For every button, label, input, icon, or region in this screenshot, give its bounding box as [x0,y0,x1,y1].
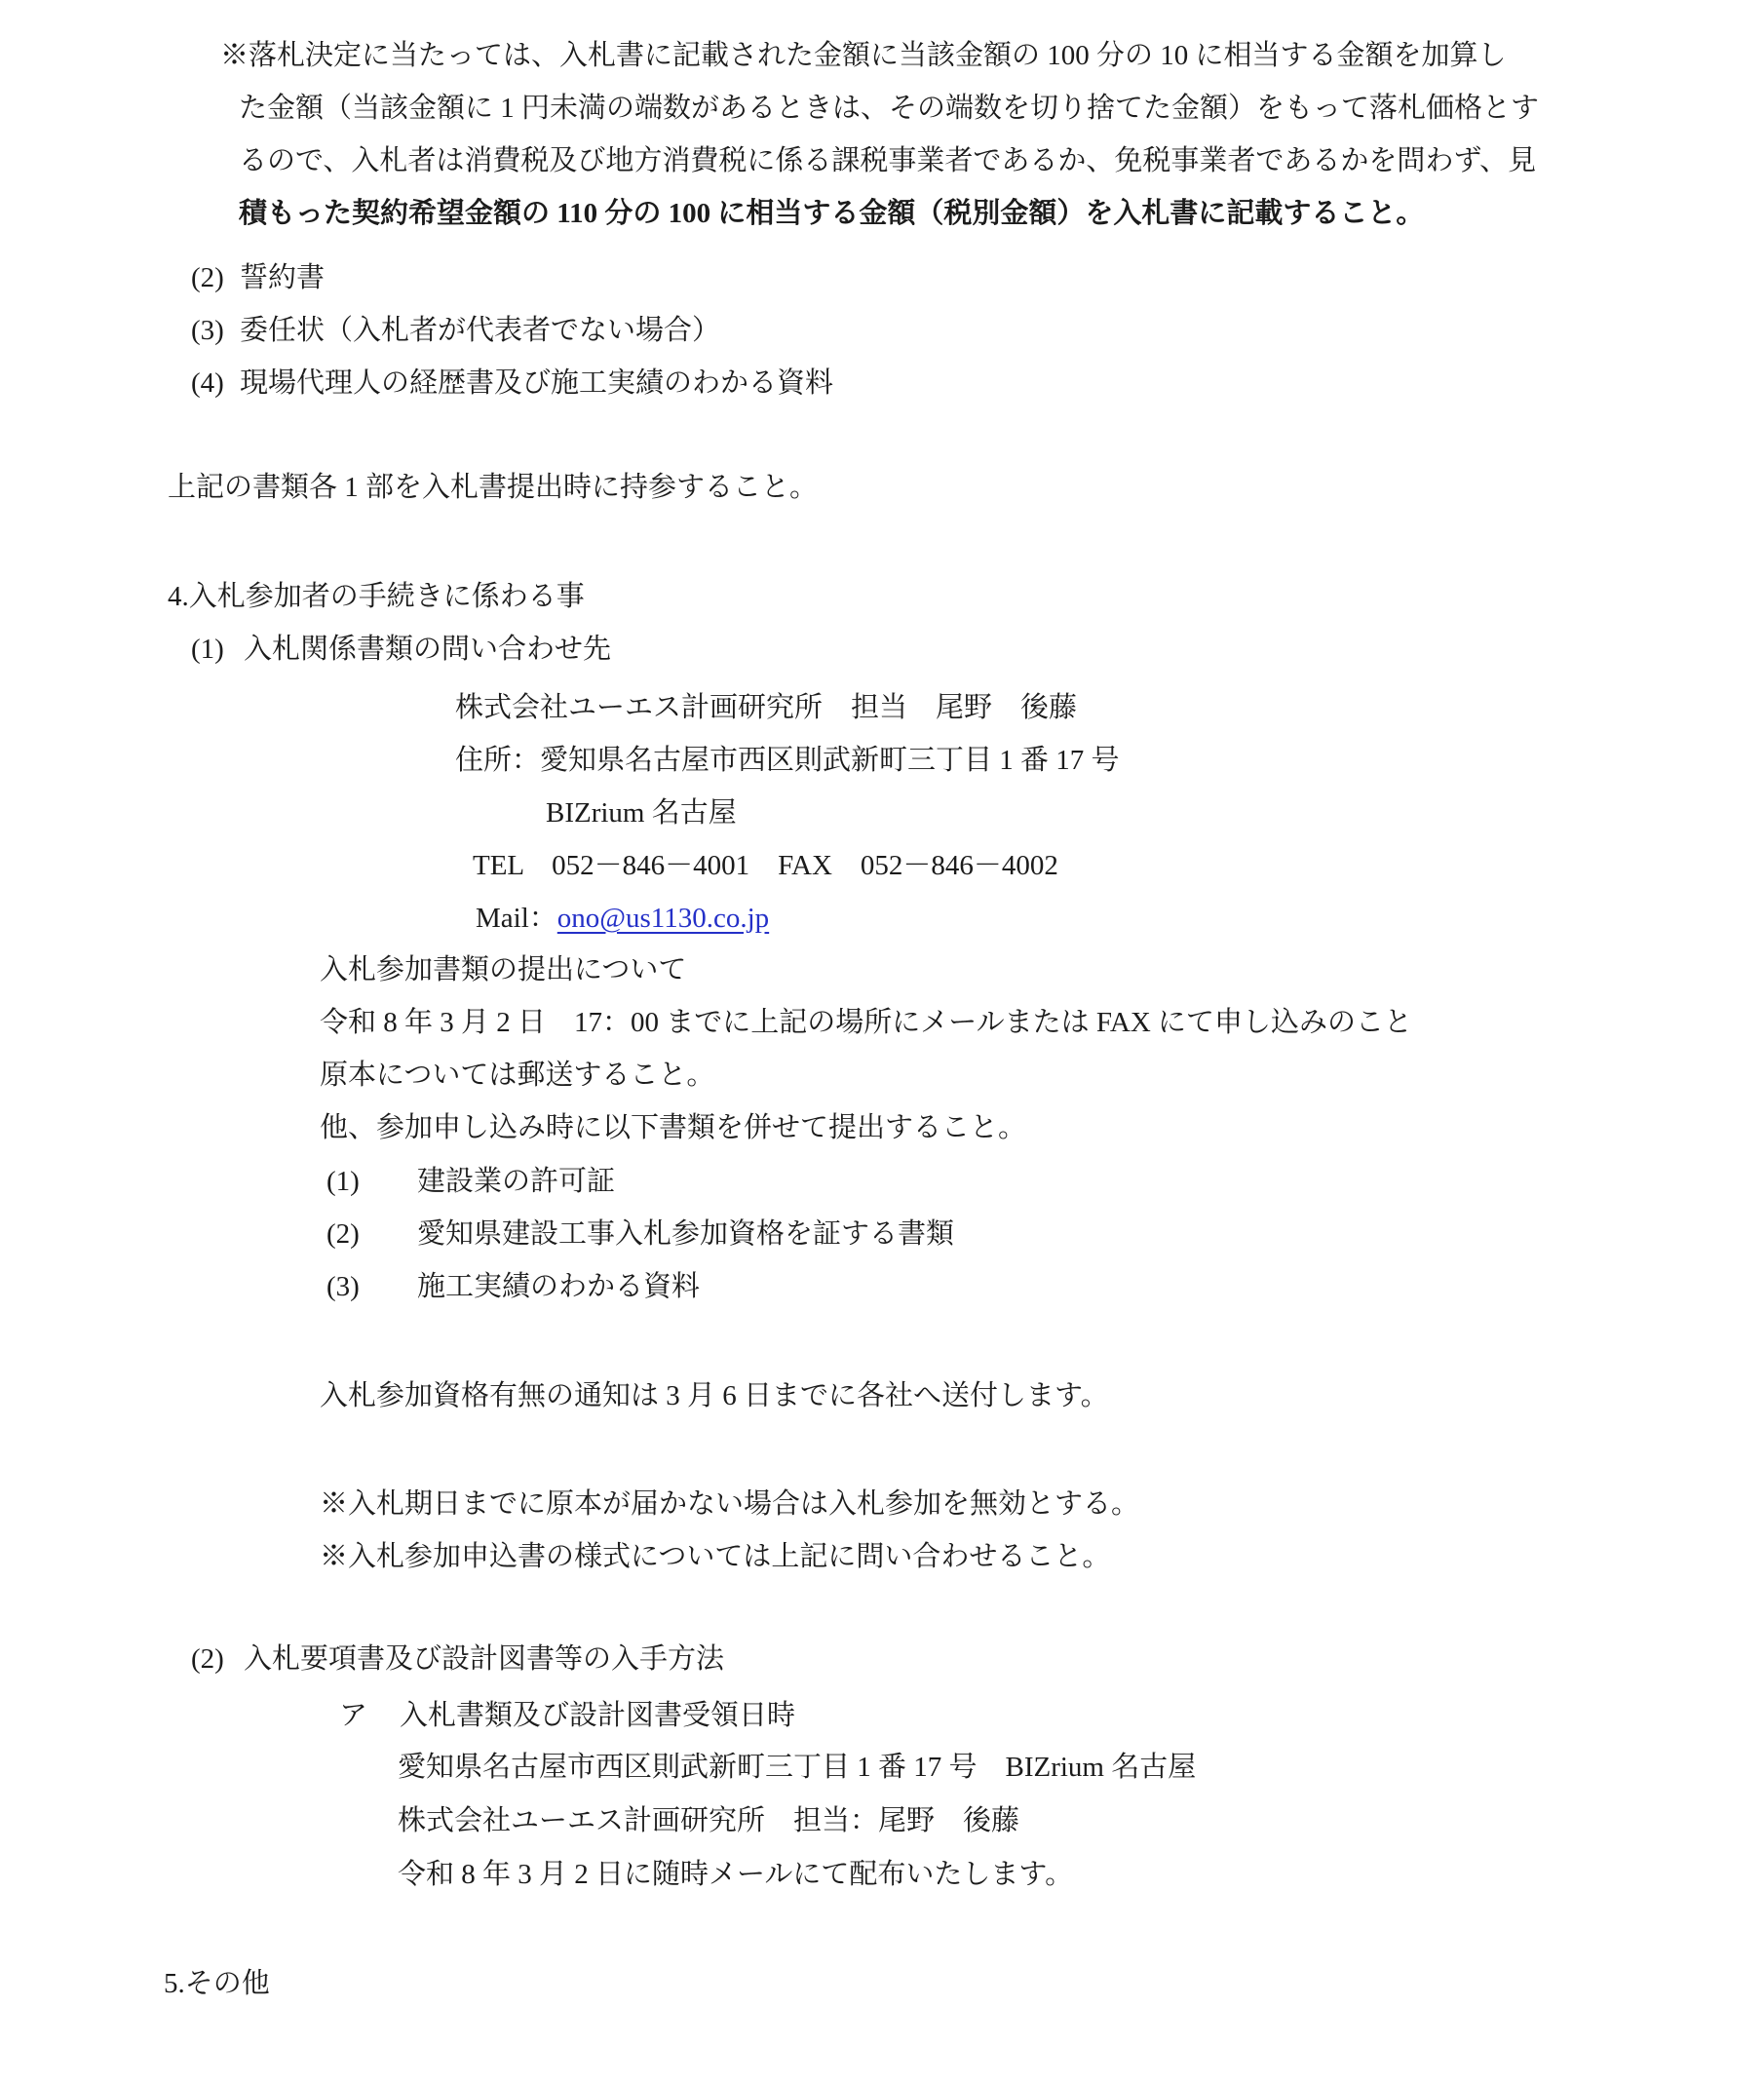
tax-note-line-2: た金額（当該金額に 1 円未満の端数があるときは、その端数を切り捨てた金額）をも… [0,82,1539,135]
document-page: ※落札決定に当たっては、入札書に記載された金額に当該金額の 100 分の 10 … [0,0,1764,2084]
list-item: (1)建設業の許可証 [326,1155,954,1208]
qualification-notification-line: 入札参加資格有無の通知は 3 月 6 日までに各社へ送付します。 [320,1370,1109,1422]
list-item: (2)誓約書 [191,251,833,304]
list-item: (3)施工実績のわかる資料 [326,1260,954,1313]
list-item: (2)愛知県建設工事入札参加資格を証する書類 [326,1208,954,1260]
caution-line-1: ※入札期日までに原本が届かない場合は入札参加を無効とする。 [320,1478,1139,1530]
tax-note-line-4-bold: 積もった契約希望金額の 110 分の 100 に相当する金額（税別金額）を入札書… [0,187,1539,240]
contact-address-line: 住所：愛知県名古屋市西区則武新町三丁目 1 番 17 号 [0,734,1120,787]
contact-building-line: BIZrium 名古屋 [0,787,1120,839]
tax-note-paragraph: ※落札決定に当たっては、入札書に記載された金額に当該金額の 100 分の 10 … [0,29,1539,240]
submission-line-4: 他、参加申し込み時に以下書類を併せて提出すること。 [320,1101,1412,1154]
item-label: 現場代理人の経歴書及び施工実績のわかる資料 [240,367,833,399]
contact-tel-fax-line: TEL 052－846－4001 FAX 052－846－4002 [0,839,1120,892]
item-title: 入札関係書類の問い合わせ先 [244,634,611,665]
detail-line-3: 令和 8 年 3 月 2 日に随時メールにて配布いたします。 [398,1848,1196,1902]
item-number: (3) [326,1260,417,1313]
item-number: (1) [191,623,244,675]
submission-line-2: 令和 8 年 3 月 2 日 17：00 までに上記の場所にメールまたは FAX… [320,996,1412,1049]
item-label: 建設業の許可証 [417,1166,615,1197]
sub-item-a-heading: ア入札書類及び設計図書受領日時 [339,1689,795,1742]
submission-line-1: 入札参加書類の提出について [320,944,1412,996]
list-item: (3)委任状（入札者が代表者でない場合） [191,304,833,357]
tax-note-line-3: るので、入札者は消費税及び地方消費税に係る課税事業者であるか、免税事業者であるか… [0,135,1539,187]
item-number: (2) [191,251,240,304]
tax-note-line-1: ※落札決定に当たっては、入札書に記載された金額に当該金額の 100 分の 10 … [0,29,1539,82]
caution-line-2: ※入札参加申込書の様式については上記に問い合わせること。 [320,1530,1139,1583]
item-label: 誓約書 [240,262,325,293]
item-number: (2) [191,1633,244,1685]
section-4-heading: 4.入札参加者の手続きに係わる事 [168,570,585,623]
submission-instructions-block: 入札参加書類の提出について 令和 8 年 3 月 2 日 17：00 までに上記… [320,944,1412,1154]
section-4-item-1-heading: (1)入札関係書類の問い合わせ先 [191,623,611,675]
contact-company-line: 株式会社ユーエス計画研究所 担当 尾野 後藤 [0,681,1120,734]
item-number: (1) [326,1155,417,1208]
caution-notes-block: ※入札期日までに原本が届かない場合は入札参加を無効とする。 ※入札参加申込書の様… [320,1478,1139,1583]
item-label: 愛知県建設工事入札参加資格を証する書類 [417,1218,954,1250]
required-documents-list: (1)建設業の許可証 (2)愛知県建設工事入札参加資格を証する書類 (3)施工実… [326,1155,954,1313]
bring-documents-note: 上記の書類各 1 部を入札書提出時に持参すること。 [168,461,818,514]
mail-label: Mail： [476,903,557,934]
sub-item-a-details-block: 愛知県名古屋市西区則武新町三丁目 1 番 17 号 BIZrium 名古屋 株式… [398,1741,1196,1902]
sub-item-marker: ア [339,1689,400,1742]
mail-address-link[interactable]: ono@us1130.co.jp [557,903,769,934]
detail-line-2: 株式会社ユーエス計画研究所 担当：尾野 後藤 [398,1795,1196,1848]
contact-mail-line: Mail：ono@us1130.co.jp [0,892,1120,945]
item-number: (2) [326,1208,417,1260]
item-label: 委任状（入札者が代表者でない場合） [240,315,720,346]
section-4-item-2-heading: (2)入札要項書及び設計図書等の入手方法 [191,1633,724,1685]
item-number: (3) [191,304,240,357]
submission-line-3: 原本については郵送すること。 [320,1049,1412,1101]
list-item: (4)現場代理人の経歴書及び施工実績のわかる資料 [191,357,833,409]
section-5-heading: 5.その他 [164,1957,270,2010]
attachment-items-list: (2)誓約書 (3)委任状（入札者が代表者でない場合） (4)現場代理人の経歴書… [191,251,833,409]
item-number: (4) [191,357,240,409]
sub-item-title: 入札書類及び設計図書受領日時 [400,1700,795,1731]
detail-line-1: 愛知県名古屋市西区則武新町三丁目 1 番 17 号 BIZrium 名古屋 [398,1741,1196,1795]
item-title: 入札要項書及び設計図書等の入手方法 [244,1643,724,1675]
item-label: 施工実績のわかる資料 [417,1271,700,1302]
contact-info-block: 株式会社ユーエス計画研究所 担当 尾野 後藤 住所：愛知県名古屋市西区則武新町三… [0,681,1120,945]
